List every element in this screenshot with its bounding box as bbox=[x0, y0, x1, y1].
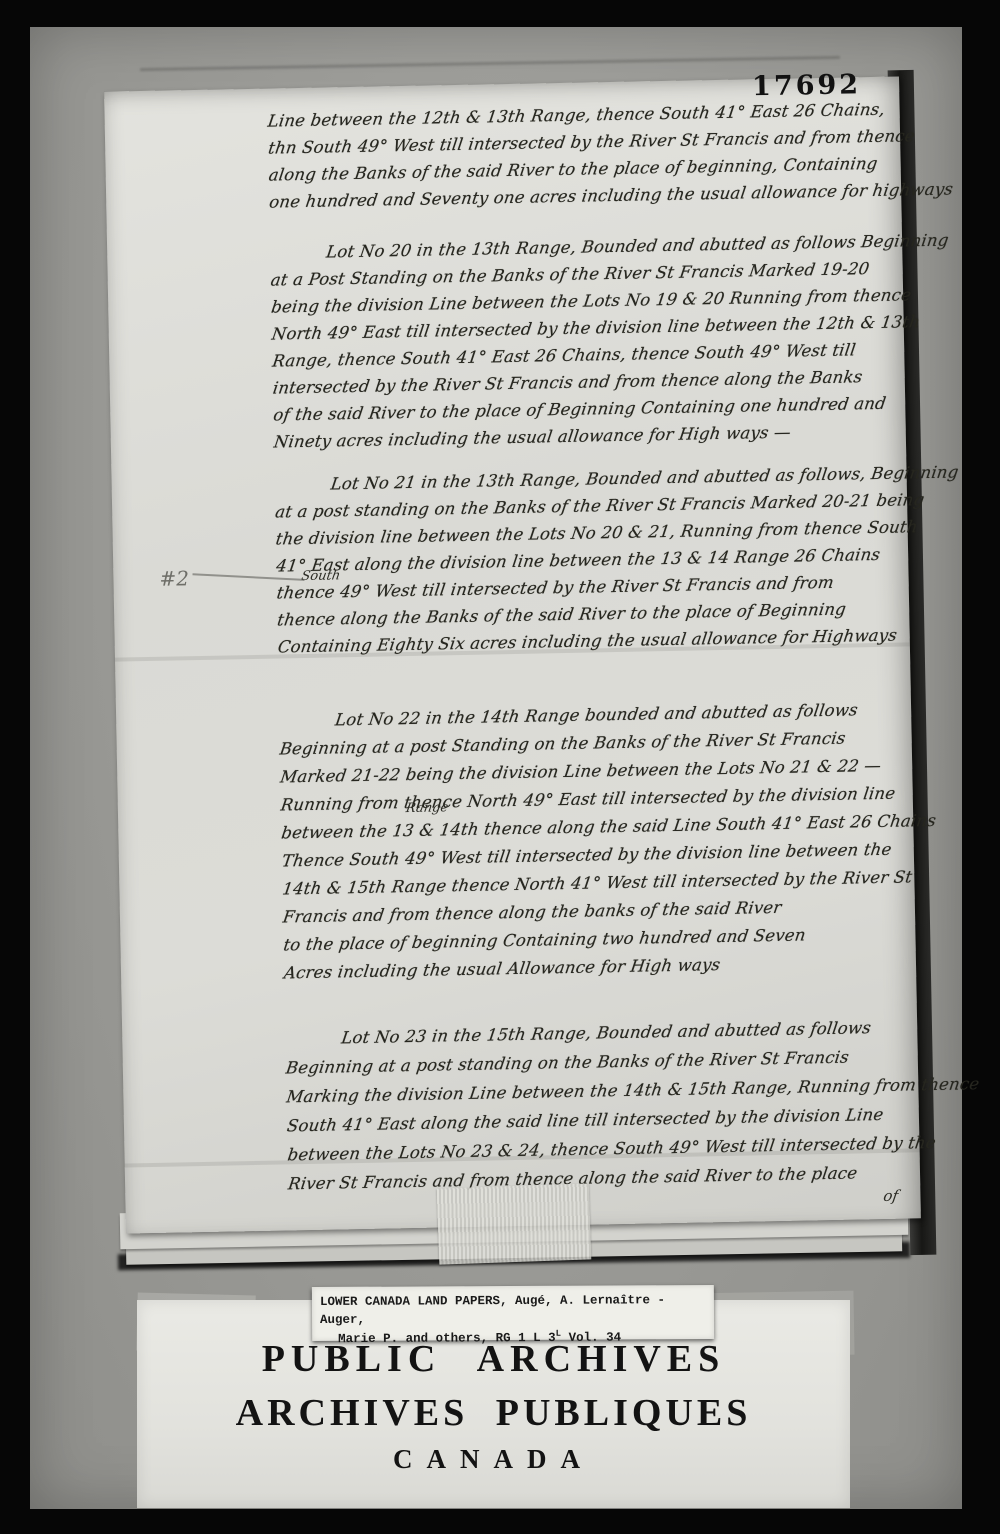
archive-card-country: CANADA bbox=[137, 1446, 850, 1473]
manuscript-text: Line between the 12th & 13th Range, then… bbox=[267, 96, 920, 1199]
manuscript-paragraph: Line between the 12th & 13th Range, then… bbox=[267, 96, 901, 216]
margin-annotation: #2 bbox=[159, 566, 305, 589]
manuscript-paragraph: Lot No 20 in the 13th Range, Bounded and… bbox=[270, 228, 906, 456]
label-line-2: Marie P. and others, RG 1 L 3L Vol. 34 bbox=[320, 1327, 706, 1348]
margin-annotation-text: #2 bbox=[159, 568, 189, 589]
interline-insertion: Range bbox=[405, 801, 449, 815]
label-line-1: LOWER CANADA LAND PAPERS, Augé, A. Lerna… bbox=[320, 1291, 706, 1329]
manuscript-paragraph: Lot No 21 in the 13th Range, Bounded and… bbox=[274, 460, 910, 661]
interline-insertion: South bbox=[300, 569, 341, 583]
manuscript-paragraph: Lot No 22 in the 14th Range bounded and … bbox=[279, 695, 916, 987]
manuscript-paragraph: Lot No 23 in the 15th Range, Bounded and… bbox=[285, 1013, 920, 1199]
catchword: of bbox=[883, 1189, 900, 1204]
manuscript-page: 17692 Line between the 12th & 13th Range… bbox=[104, 76, 921, 1233]
archive-card-title-fr: ARCHIVES PUBLIQUES bbox=[137, 1394, 850, 1432]
typed-label-strip: LOWER CANADA LAND PAPERS, Augé, A. Lerna… bbox=[312, 1285, 714, 1341]
label-line-2-text: Marie P. and others, RG 1 L 3 bbox=[338, 1331, 556, 1346]
label-line-2-volume: Vol. 34 bbox=[561, 1331, 621, 1345]
archival-photo: 17692 Line between the 12th & 13th Range… bbox=[0, 0, 1000, 1534]
tape-strip bbox=[437, 1183, 592, 1264]
archive-stamp-number: 17692 bbox=[752, 71, 892, 101]
margin-annotation-stroke bbox=[193, 573, 305, 581]
